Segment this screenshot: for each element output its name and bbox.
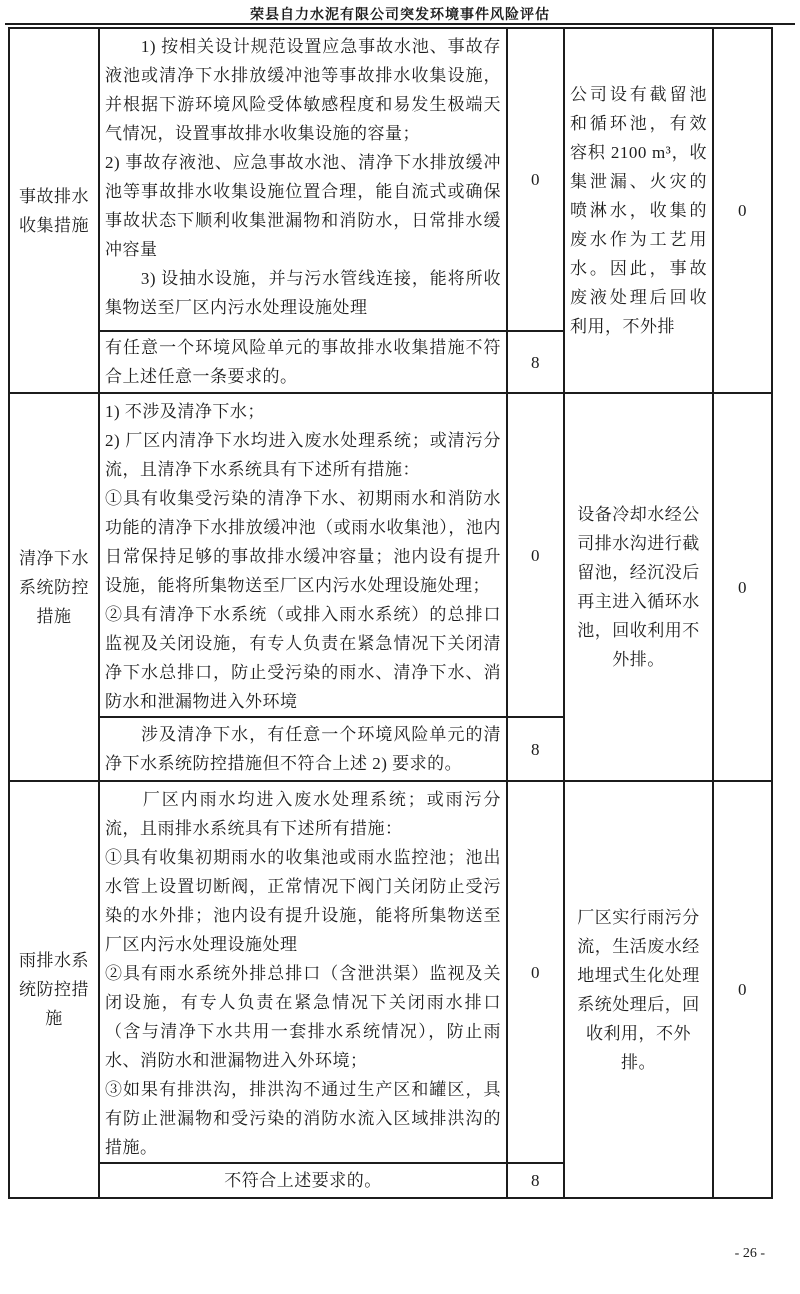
- page-header-title: 荣县自力水泥有限公司突发环境事件风险评估: [0, 4, 800, 24]
- criteria-paragraph: ①具有收集初期雨水的收集池或雨水监控池；池出水管上设置切断阀，正常情况下阀门关闭…: [105, 843, 501, 959]
- section-label: 事故排水收集措施: [9, 28, 99, 393]
- fail-score-cell: 8: [507, 717, 564, 781]
- criteria-paragraph: ②具有清净下水系统（或排入雨水系统）的总排口监视及关闭设施，有专人负责在紧急情况…: [105, 600, 501, 716]
- criteria-paragraph: ②具有雨水系统外排总排口（含泄洪渠）监视及关闭设施，有专人负责在紧急情况下关闭雨…: [105, 959, 501, 1075]
- fail-criteria-cell: 涉及清净下水，有任意一个环境风险单元的清净下水系统防控措施但不符合上述 2) 要…: [99, 717, 507, 781]
- criteria-paragraph: 1) 不涉及清净下水；: [105, 397, 501, 426]
- criteria-score-cell: 0: [507, 28, 564, 331]
- section-rain-drainage-system: 雨排水系统防控措施 厂区内雨水均进入废水处理系统；或雨污分流，且雨排水系统具有下…: [9, 781, 772, 1198]
- final-score-cell: 0: [713, 28, 772, 393]
- assessment-cell: 公司设有截留池和循环池，有效容积 2100 m³，收集泄漏、火灾的喷淋水，收集的…: [564, 28, 713, 393]
- fail-criteria-cell: 有任意一个环境风险单元的事故排水收集措施不符合上述任意一条要求的。: [99, 331, 507, 393]
- fail-criteria-cell: 不符合上述要求的。: [99, 1163, 507, 1198]
- criteria-cell: 1) 按相关设计规范设置应急事故水池、事故存液池或清净下水排放缓冲池等事故排水收…: [99, 28, 507, 331]
- section-label: 清净下水系统防控措施: [9, 393, 99, 781]
- criteria-score-cell: 0: [507, 781, 564, 1163]
- criteria-paragraph: 3) 设抽水设施，并与污水管线连接，能将所收集物送至厂区内污水处理设施处理: [105, 264, 501, 322]
- fail-score-cell: 8: [507, 1163, 564, 1198]
- assessment-cell: 厂区实行雨污分流，生活废水经地埋式生化处理系统处理后，回收利用，不外排。: [564, 781, 713, 1198]
- final-score-cell: 0: [713, 781, 772, 1198]
- fail-score-cell: 8: [507, 331, 564, 393]
- criteria-cell: 厂区内雨水均进入废水处理系统；或雨污分流，且雨排水系统具有下述所有措施： ①具有…: [99, 781, 507, 1163]
- section-label: 雨排水系统防控措施: [9, 781, 99, 1198]
- criteria-paragraph: 2) 厂区内清净下水均进入废水处理系统；或清污分流，且清净下水系统具有下述所有措…: [105, 426, 501, 484]
- criteria-paragraph: 厂区内雨水均进入废水处理系统；或雨污分流，且雨排水系统具有下述所有措施：: [105, 785, 501, 843]
- section-accident-drainage: 事故排水收集措施 1) 按相关设计规范设置应急事故水池、事故存液池或清净下水排放…: [9, 28, 772, 393]
- assessment-cell: 设备冷却水经公司排水沟进行截留池，经沉没后再主进入循环水池，回收利用不外排。: [564, 393, 713, 781]
- criteria-paragraph: ①具有收集受污染的清净下水、初期雨水和消防水功能的清净下水排放缓冲池（或雨水收集…: [105, 484, 501, 600]
- risk-assessment-table: 事故排水收集措施 1) 按相关设计规范设置应急事故水池、事故存液池或清净下水排放…: [8, 27, 773, 1199]
- page-number: - 26 -: [0, 1246, 765, 1262]
- header-rule: [5, 23, 795, 25]
- final-score-cell: 0: [713, 393, 772, 781]
- criteria-paragraph: 2) 事故存液池、应急事故水池、清净下水排放缓冲池等事故排水收集设施位置合理，能…: [105, 148, 501, 264]
- section-clean-water-system: 清净下水系统防控措施 1) 不涉及清净下水； 2) 厂区内清净下水均进入废水处理…: [9, 393, 772, 781]
- criteria-cell: 1) 不涉及清净下水； 2) 厂区内清净下水均进入废水处理系统；或清污分流，且清…: [99, 393, 507, 717]
- criteria-score-cell: 0: [507, 393, 564, 717]
- criteria-paragraph: 1) 按相关设计规范设置应急事故水池、事故存液池或清净下水排放缓冲池等事故排水收…: [105, 32, 501, 148]
- criteria-paragraph: ③如果有排洪沟，排洪沟不通过生产区和罐区，具有防止泄漏物和受污染的消防水流入区域…: [105, 1075, 501, 1162]
